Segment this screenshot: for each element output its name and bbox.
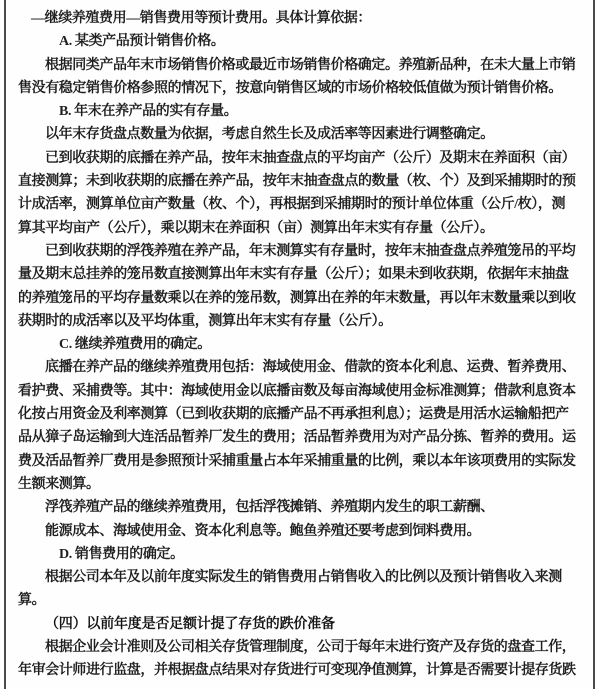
text-line: 以年末存货盘点数量为依据，考虑自然生长及成活率等因素进行调整确定。 <box>18 123 580 146</box>
text-line: 算其平均亩产（公斤），乘以期末在养面积（亩）测算出年末实有存量（公斤）。 <box>18 217 580 240</box>
text-line: 底播在养产品的继续养殖费用包括：海域使用金、借款的资本化利息、运费、暂养费用、 <box>18 356 580 379</box>
text-line: 化按占用资金及利率测算（已到收获期的底播产品不再承担利息）；运费是用活水运输船把… <box>18 403 580 426</box>
page-border-right <box>593 0 595 689</box>
text-line: D. 销售费用的确定。 <box>18 543 580 566</box>
text-line: B. 年末在养产品的实有存量。 <box>18 100 580 123</box>
text-line: 费及活品暂养厂费用是参照预计采捕重量占本年采捕重量的比例，乘以本年该项费用的实际… <box>18 450 580 473</box>
text-line: 量及期末总挂养的笼吊数直接测算出年末实有存量（公斤）；如果未到收获期，依据年末抽… <box>18 263 580 286</box>
text-line: 浮筏养殖产品的继续养殖费用，包括浮筏摊销、养殖期内发生的职工薪酬、 <box>18 496 580 519</box>
text-line: 获期时的成活率以及平均体重，测算出年末实有存量（公斤）。 <box>18 310 580 333</box>
text-line: 售没有稳定销售价格参照的情况下，按意向销售区域的市场价格较低值做为预计销售价格。 <box>18 77 580 100</box>
text-line: 生额来测算。 <box>18 473 580 496</box>
text-line: 的养殖笼吊的平均存量数乘以在养的笼吊数，测算出在养的年末数量，再以年末数量乘以到… <box>18 287 580 310</box>
text-line: 已到收获期的底播在养产品，按年末抽查盘点的平均亩产（公斤）及期末在养面积（亩） <box>18 147 580 170</box>
text-line: 看护费、采捕费等。其中：海域使用金以底播亩数及每亩海域使用金标准测算；借款利息资… <box>18 380 580 403</box>
text-line: 根据同类产品年末市场销售价格或最近市场销售价格确定。养殖新品种，在未大量上市销 <box>18 54 580 77</box>
text-line: 已到收获期的浮筏养殖在养产品，年末测算实有存量时，按年末抽查盘点养殖笼吊的平均 <box>18 240 580 263</box>
section-heading: （四）以前年度是否足额计提了存货的跌价准备 <box>18 613 580 636</box>
page-border-left <box>4 0 6 689</box>
text-line: 根据公司本年及以前年度实际发生的销售费用占销售收入的比例以及预计销售收入来测 <box>18 566 580 589</box>
text-line: 能源成本、海域使用金、资本化利息等。鲍鱼养殖还要考虑到饲料费用。 <box>18 520 580 543</box>
text-line: 计成活率，测算单位亩产数量（枚、个），再根据到采捕期时的预计单位体重（公斤/枚）… <box>18 193 580 216</box>
document-body: —继续养殖费用—销售费用等预计费用。具体计算依据：A. 某类产品预计销售价格。根… <box>18 7 580 683</box>
text-line: 年审会计师进行监盘，并根据盘点结果对存货进行可变现净值测算，计算是否需要计提存货… <box>18 659 580 682</box>
text-line: 品从獐子岛运输到大连活品暂养厂发生的费用；活品暂养费用为对产品分拣、暂养的费用。… <box>18 426 580 449</box>
document-page: —继续养殖费用—销售费用等预计费用。具体计算依据：A. 某类产品预计销售价格。根… <box>0 0 600 689</box>
text-line: C. 继续养殖费用的确定。 <box>18 333 580 356</box>
text-line: 直接测算；未到收获期的底播在养产品，按年末抽查盘点的数量（枚、个）及到采捕期时的… <box>18 170 580 193</box>
text-line: 算。 <box>18 589 580 612</box>
text-line: 根据企业会计准则及公司相关存货管理制度，公司于每年末进行资产及存货的盘查工作， <box>18 636 580 659</box>
text-line: A. 某类产品预计销售价格。 <box>18 30 580 53</box>
text-line: —继续养殖费用—销售费用等预计费用。具体计算依据： <box>18 7 580 30</box>
